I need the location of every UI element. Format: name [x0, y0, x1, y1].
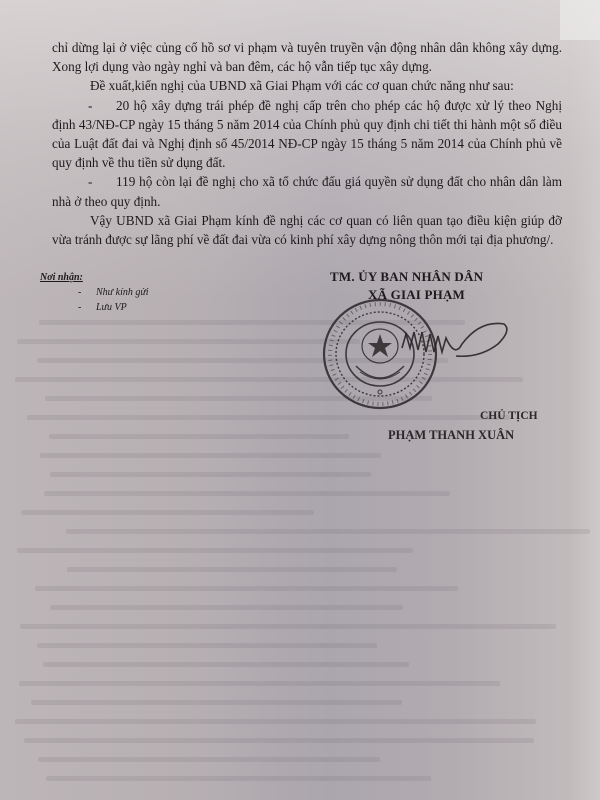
signature-block: TM. ỦY BAN NHÂN DÂN XÃ GIAI PHẠM CHỦ TỊC… — [330, 268, 580, 304]
bullet-dash: - — [88, 96, 116, 115]
bullet-dash: - — [88, 172, 116, 191]
paper-corner — [560, 0, 600, 40]
bleed-through-text — [0, 300, 600, 800]
signer-title: CHỦ TỊCH — [480, 410, 538, 422]
paragraph-continuation: chỉ dừng lại ở việc củng cố hồ sơ vi phạ… — [52, 38, 562, 76]
recipient-item: -Lưu VP — [40, 300, 149, 315]
recipient-item: -Như kính gửi — [40, 285, 149, 300]
signing-authority: TM. ỦY BAN NHÂN DÂN XÃ GIAI PHẠM — [330, 268, 580, 304]
signature-scribble — [400, 318, 510, 368]
signer-name: PHẠM THANH XUÂN — [388, 428, 514, 443]
recipients-heading: Nơi nhận: — [40, 270, 149, 285]
paragraph-bullet-20-households: -20 hộ xây dựng trái phép đề nghị cấp tr… — [52, 96, 562, 173]
document-body: chỉ dừng lại ở việc củng cố hồ sơ vi phạ… — [52, 38, 562, 249]
recipients-block: Nơi nhận: -Như kính gửi -Lưu VP — [40, 270, 149, 315]
paragraph-proposal-intro: Đề xuất,kiến nghị của UBND xã Giai Phạm … — [52, 76, 562, 95]
paragraph-bullet-119-households: -119 hộ còn lại đề nghị cho xã tổ chức đ… — [52, 172, 562, 210]
paragraph-closing-request: Vậy UBND xã Giai Phạm kính đề nghị các c… — [52, 211, 562, 249]
